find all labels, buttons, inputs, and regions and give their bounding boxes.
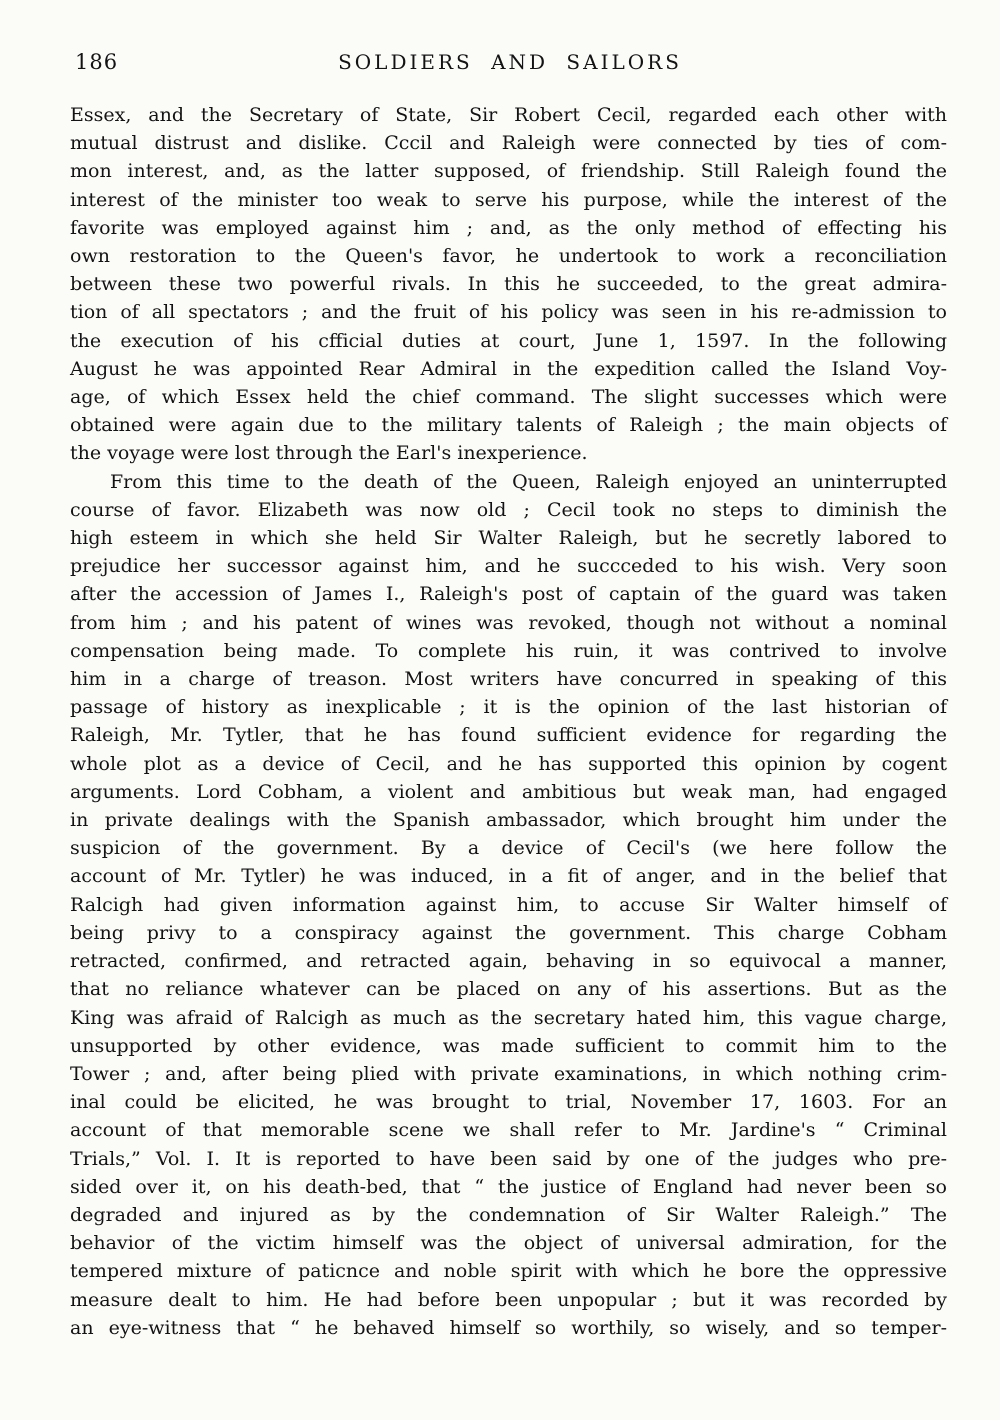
text-line: degraded and injured as by the condemnat… [70, 1201, 947, 1229]
page-header: 186 SOLDIERS AND SAILORS [0, 50, 1000, 80]
text-line: suspicion of the government. By a device… [70, 834, 947, 862]
text-line: behavior of the victim himself was the o… [70, 1229, 947, 1257]
book-page: 186 SOLDIERS AND SAILORS Essex, and the … [0, 0, 1000, 1420]
text-line: being privy to a conspiracy against the … [70, 919, 947, 947]
text-line: sided over it, on his death-bed, that “ … [70, 1173, 947, 1201]
paragraph: From this time to the death of the Queen… [70, 468, 947, 1342]
text-line: retracted, confirmed, and retracted agai… [70, 947, 947, 975]
text-line: tion of all spectators ; and the fruit o… [70, 298, 947, 326]
text-line: interest of the minister too weak to ser… [70, 186, 947, 214]
text-line: the execution of his cfficial duties at … [70, 327, 947, 355]
text-line: prejudice her successor against him, and… [70, 552, 947, 580]
text-line: unsupported by other evidence, was made … [70, 1032, 947, 1060]
running-title: SOLDIERS AND SAILORS [70, 50, 950, 74]
text-line: measure dealt to him. He had before been… [70, 1286, 947, 1314]
text-line: account of Mr. Tytler) he was induced, i… [70, 862, 947, 890]
text-line: inal could be elicited, he was brought t… [70, 1088, 947, 1116]
text-line: King was afraid of Ralcigh as much as th… [70, 1004, 947, 1032]
text-line: arguments. Lord Cobham, a violent and am… [70, 778, 947, 806]
text-line: after the accession of James I., Raleigh… [70, 580, 947, 608]
text-line: between these two powerful rivals. In th… [70, 270, 947, 298]
text-line: tempered mixture of paticnce and noble s… [70, 1257, 947, 1285]
text-line: From this time to the death of the Queen… [70, 468, 947, 496]
text-line: in private dealings with the Spanish amb… [70, 806, 947, 834]
text-line: Ralcigh had given information against hi… [70, 891, 947, 919]
text-line: the voyage were lost through the Earl's … [70, 439, 947, 467]
text-line: an eye-witness that “ he behaved himself… [70, 1314, 947, 1342]
text-line: age, of which Essex held the chief comma… [70, 383, 947, 411]
paragraph: Essex, and the Secretary of State, Sir R… [70, 101, 947, 468]
text-line: course of favor. Elizabeth was now old ;… [70, 496, 947, 524]
text-line: obtained were again due to the military … [70, 411, 947, 439]
text-line: high esteem in which she held Sir Walter… [70, 524, 947, 552]
text-line: that no reliance whatever can be placed … [70, 975, 947, 1003]
text-block: Essex, and the Secretary of State, Sir R… [70, 101, 947, 1342]
text-line: compensation being made. To complete his… [70, 637, 947, 665]
text-line: Trials,” Vol. I. It is reported to have … [70, 1145, 947, 1173]
text-line: mutual distrust and dislike. Cccil and R… [70, 129, 947, 157]
text-line: from him ; and his patent of wines was r… [70, 609, 947, 637]
text-line: Raleigh, Mr. Tytler, that he has found s… [70, 721, 947, 749]
text-line: Tower ; and, after being plied with priv… [70, 1060, 947, 1088]
text-line: August he was appointed Rear Admiral in … [70, 355, 947, 383]
text-line: Essex, and the Secretary of State, Sir R… [70, 101, 947, 129]
text-line: him in a charge of treason. Most writers… [70, 665, 947, 693]
text-line: favorite was employed against him ; and,… [70, 214, 947, 242]
text-line: account of that memorable scene we shall… [70, 1116, 947, 1144]
text-line: mon interest, and, as the latter suppose… [70, 157, 947, 185]
text-line: own restoration to the Queen's favor, he… [70, 242, 947, 270]
text-line: passage of history as inexplicable ; it … [70, 693, 947, 721]
text-line: whole plot as a device of Cecil, and he … [70, 750, 947, 778]
